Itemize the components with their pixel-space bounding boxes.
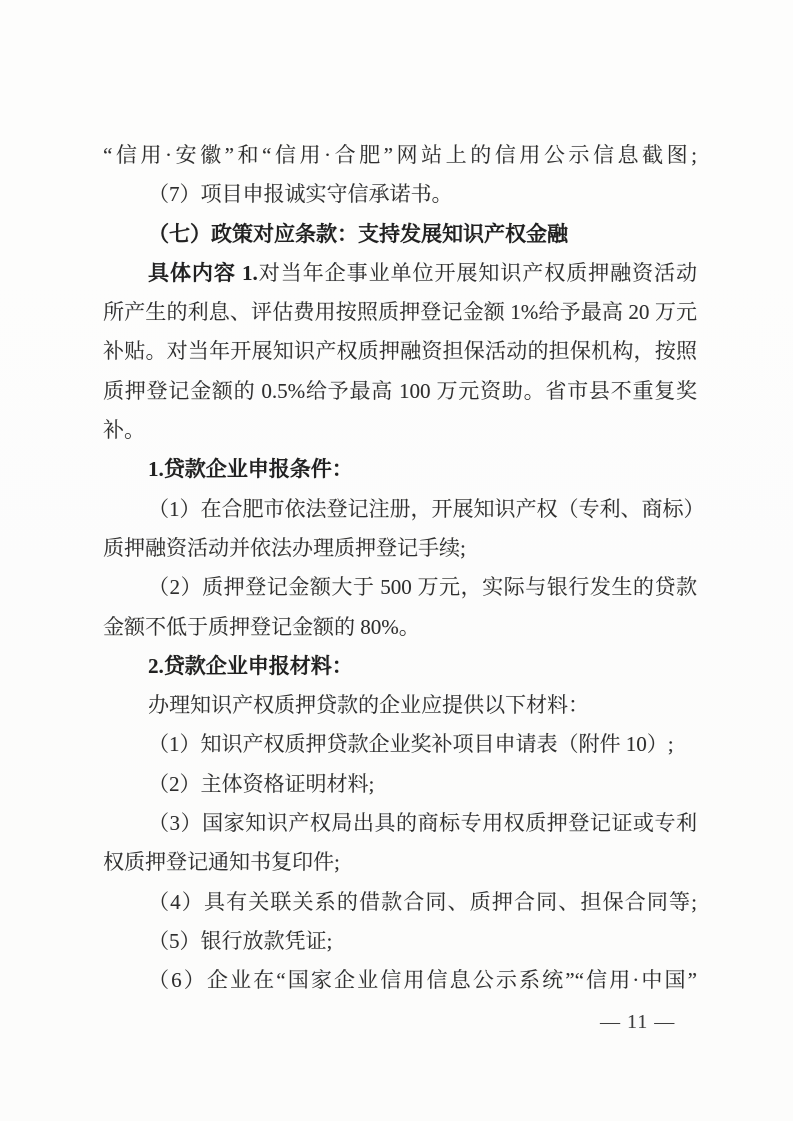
text-segment: 质押登记金额的 0.5%给予最高 100 万元资助。省市县不重复奖: [103, 379, 697, 403]
text-segment: 所产生的利息、评估费用按照质押登记金额 1%给予最高 20 万元: [103, 300, 697, 324]
text-line: 办理知识产权质押贷款的企业应提供以下材料：: [103, 686, 697, 725]
text-line: （1）知识产权质押贷款企业奖补项目申请表（附件 10）;: [103, 725, 697, 764]
text-line: （3）国家知识产权局出具的商标专用权质押登记证或专利: [103, 804, 697, 843]
text-line: （5）银行放款凭证;: [103, 922, 697, 961]
text-segment: （2）主体资格证明材料;: [148, 772, 374, 796]
text-line: 权质押登记通知书复印件;: [103, 843, 697, 882]
text-segment: 金额不低于质押登记金额的 80%。: [103, 615, 420, 639]
text-segment: （5）银行放款凭证;: [148, 929, 332, 953]
text-segment: 办理知识产权质押贷款的企业应提供以下材料：: [148, 693, 589, 717]
text-segment: 质押融资活动并依法办理质押登记手续;: [103, 536, 466, 560]
text-segment: （1）在合肥市依法登记注册，开展知识产权（专利、商标）: [148, 497, 705, 521]
text-line: 补贴。对当年开展知识产权质押融资担保活动的担保机构，按照: [103, 332, 697, 371]
bold-text-segment: 2.贷款企业申报材料：: [148, 654, 353, 678]
text-segment: （2）质押登记金额大于 500 万元，实际与银行发生的贷款: [148, 575, 697, 599]
text-line: 具体内容 1.对当年企事业单位开展知识产权质押融资活动: [103, 254, 697, 293]
text-line: （1）在合肥市依法登记注册，开展知识产权（专利、商标）: [103, 490, 697, 529]
text-segment: 补。: [103, 418, 145, 442]
text-line: 1.贷款企业申报条件：: [103, 450, 697, 489]
page-number: — 11 —: [600, 1009, 675, 1035]
text-line: 质押登记金额的 0.5%给予最高 100 万元资助。省市县不重复奖: [103, 372, 697, 411]
text-line: （2）质押登记金额大于 500 万元，实际与银行发生的贷款: [103, 568, 697, 607]
text-line: （7）项目申报诚实守信承诺书。: [103, 175, 697, 214]
text-line: 所产生的利息、评估费用按照质押登记金额 1%给予最高 20 万元: [103, 293, 697, 332]
text-line: 金额不低于质押登记金额的 80%。: [103, 608, 697, 647]
text-line: 质押融资活动并依法办理质押登记手续;: [103, 529, 697, 568]
text-line: （6）企业在“国家企业信用信息公示系统”“信用·中国”: [103, 961, 697, 1000]
text-line: 2.贷款企业申报材料：: [103, 647, 697, 686]
text-segment: 对当年企事业单位开展知识产权质押融资活动: [258, 261, 697, 285]
text-segment: （6）企业在“国家企业信用信息公示系统”“信用·中国”: [148, 968, 697, 992]
bold-text-segment: （七）政策对应条款：支持发展知识产权金融: [148, 222, 568, 246]
text-line: （七）政策对应条款：支持发展知识产权金融: [103, 215, 697, 254]
text-segment: “信用·安徽”和“信用·合肥”网站上的信用公示信息截图;: [103, 143, 697, 167]
document-page: “信用·安徽”和“信用·合肥”网站上的信用公示信息截图;（7）项目申报诚实守信承…: [0, 0, 793, 1121]
text-segment: 补贴。对当年开展知识产权质押融资担保活动的担保机构，按照: [103, 339, 697, 363]
bold-text-segment: 具体内容 1.: [148, 261, 258, 285]
text-line: “信用·安徽”和“信用·合肥”网站上的信用公示信息截图;: [103, 136, 697, 175]
bold-text-segment: 1.贷款企业申报条件：: [148, 457, 353, 481]
text-segment: （4）具有关联关系的借款合同、质押合同、担保合同等;: [148, 890, 697, 914]
text-line: （4）具有关联关系的借款合同、质押合同、担保合同等;: [103, 883, 697, 922]
text-line: （2）主体资格证明材料;: [103, 765, 697, 804]
text-block: “信用·安徽”和“信用·合肥”网站上的信用公示信息截图;（7）项目申报诚实守信承…: [103, 136, 697, 1001]
text-segment: 权质押登记通知书复印件;: [103, 850, 340, 874]
text-segment: （3）国家知识产权局出具的商标专用权质押登记证或专利: [148, 811, 697, 835]
text-line: 补。: [103, 411, 697, 450]
text-segment: （7）项目申报诚实守信承诺书。: [148, 182, 453, 206]
text-segment: （1）知识产权质押贷款企业奖补项目申请表（附件 10）;: [148, 732, 674, 756]
